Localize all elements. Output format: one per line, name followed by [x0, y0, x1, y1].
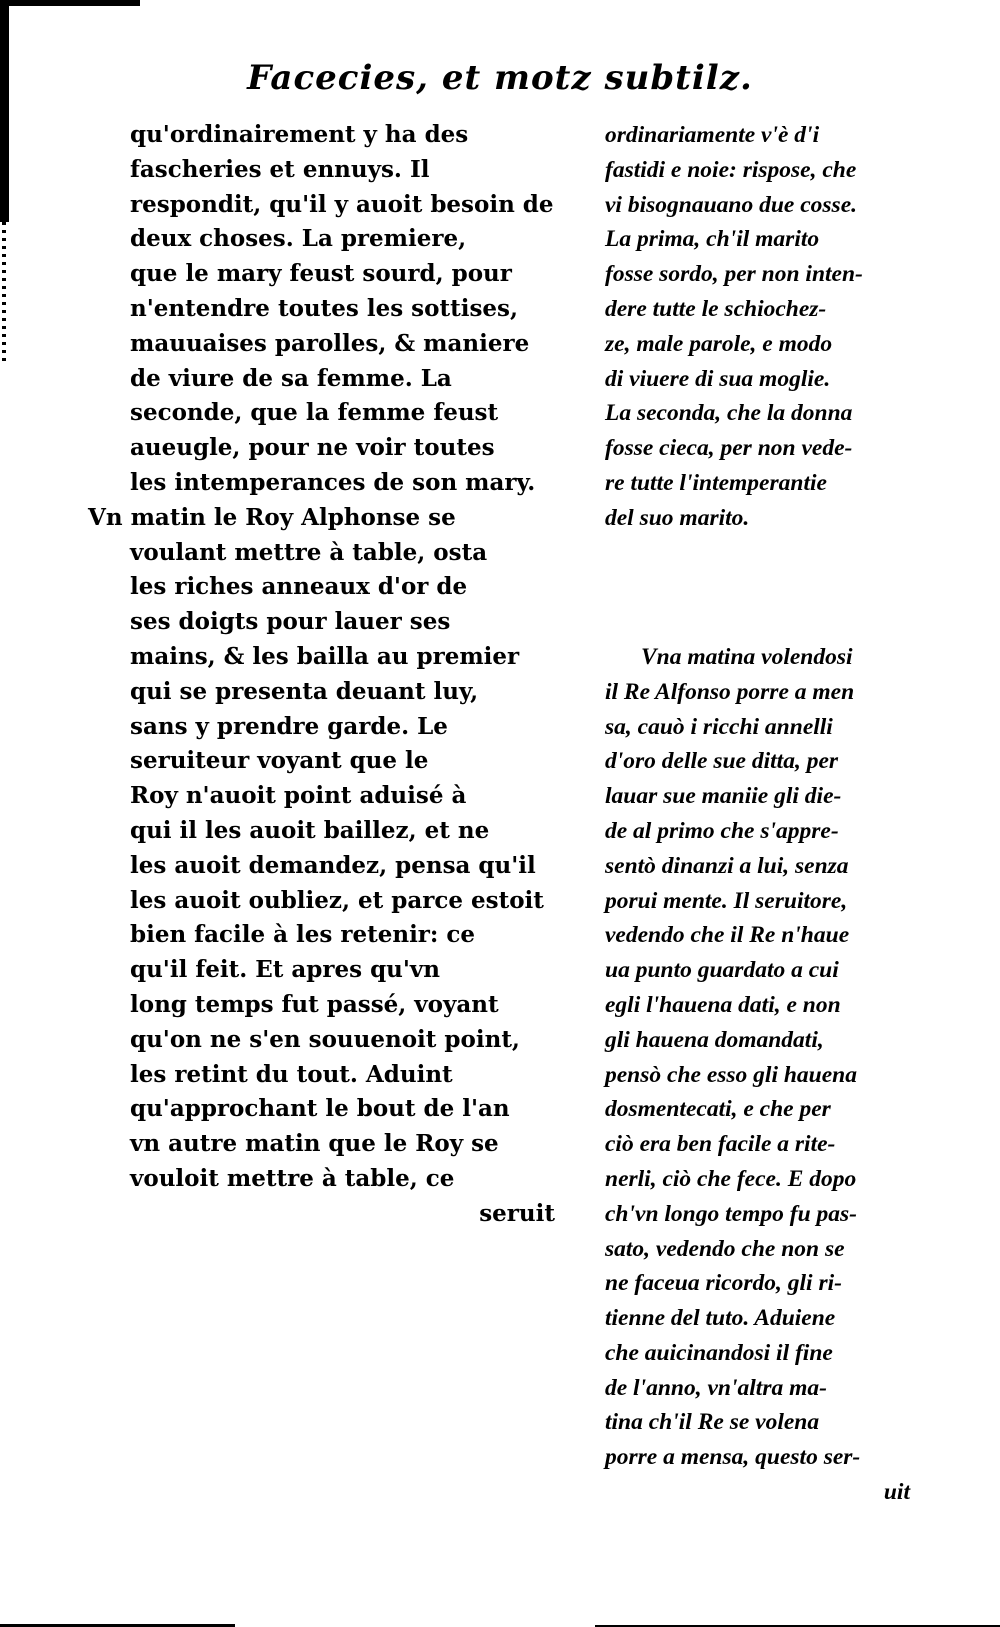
text-line: lauar sue maniie gli die- — [605, 779, 910, 814]
running-head: Facecies, et motz subtilz. — [0, 58, 1000, 98]
text-line: vn autre matin que le Roy se — [130, 1127, 575, 1162]
text-line: vedendo che il Re n'haue — [605, 918, 910, 953]
text-line: n'entendre toutes les sottises, — [130, 292, 575, 327]
text-line: del suo marito. — [605, 501, 910, 536]
text-line: tienne del tuto. Aduiene — [605, 1301, 910, 1336]
paragraph-gap — [605, 570, 910, 605]
text-line: les intemperances de son mary. — [130, 466, 575, 501]
text-line: re tutte l'intemperantie — [605, 466, 910, 501]
text-line: egli l'hauena dati, e non — [605, 988, 910, 1023]
text-line: de l'anno, vn'altra ma- — [605, 1371, 910, 1406]
text-line: de viure de sa femme. La — [130, 362, 575, 397]
text-line: ze, male parole, e modo — [605, 327, 910, 362]
text-line: deux choses. La premiere, — [130, 222, 575, 257]
text-line: les riches anneaux d'or de — [130, 570, 575, 605]
text-line: seruiteur voyant que le — [130, 744, 575, 779]
text-line: que le mary feust sourd, pour — [130, 257, 575, 292]
catchword: seruit — [130, 1197, 575, 1232]
text-line: fosse cieca, per non vede- — [605, 431, 910, 466]
text-line: long temps fut passé, voyant — [130, 988, 575, 1023]
text-line: qui se presenta deuant luy, — [130, 675, 575, 710]
text-line: qu'ordinairement y ha des — [130, 118, 575, 153]
text-line: dere tutte le schiochez- — [605, 292, 910, 327]
text-line: mains, & les bailla au premier — [130, 640, 575, 675]
text-line: sentò dinanzi a lui, senza — [605, 849, 910, 884]
paragraph-gap — [605, 536, 910, 571]
text-line: tina ch'il Re se volena — [605, 1405, 910, 1440]
text-line: d'oro delle sue ditta, per — [605, 744, 910, 779]
text-line: di viuere di sua moglie. — [605, 362, 910, 397]
text-line: fosse sordo, per non inten- — [605, 257, 910, 292]
text-line: sato, vedendo che non se — [605, 1232, 910, 1267]
catchword: uit — [605, 1475, 910, 1510]
page-edge-shadow-left — [0, 0, 9, 222]
text-line: qu'on ne s'en souuenoit point, — [130, 1023, 575, 1058]
text-line: mauuaises parolles, & maniere — [130, 327, 575, 362]
text-line: vi bisognauano due cosse. — [605, 188, 910, 223]
text-line: ses doigts pour lauer ses — [130, 605, 575, 640]
text-line: ne faceua ricordo, gli ri- — [605, 1266, 910, 1301]
text-line: de al primo che s'appre- — [605, 814, 910, 849]
paragraph-start-line: Vna matina volendosi — [605, 640, 910, 675]
text-line: fastidi e noie: rispose, che — [605, 153, 910, 188]
text-line: pensò che esso gli hauena — [605, 1058, 910, 1093]
text-line: fascheries et ennuys. Il — [130, 153, 575, 188]
paragraph-start-line: Vn matin le Roy Alphonse se — [88, 501, 575, 536]
text-line: aueugle, pour ne voir toutes — [130, 431, 575, 466]
text-line: les retint du tout. Aduint — [130, 1058, 575, 1093]
text-line: qui il les auoit baillez, et ne — [130, 814, 575, 849]
text-line: ua punto guardato a cui — [605, 953, 910, 988]
paragraph-gap — [605, 605, 910, 640]
text-line: porre a mensa, questo ser- — [605, 1440, 910, 1475]
text-line: sa, cauò i ricchi annelli — [605, 710, 910, 745]
text-line: gli hauena domandati, — [605, 1023, 910, 1058]
text-line: che auicinandosi il fine — [605, 1336, 910, 1371]
text-line: les auoit demandez, pensa qu'il — [130, 849, 575, 884]
text-line: seconde, que la femme feust — [130, 396, 575, 431]
page-edge-speckle — [2, 222, 6, 362]
text-line: nerli, ciò che fece. E dopo — [605, 1162, 910, 1197]
page-edge-shadow-top — [0, 0, 140, 6]
text-line: ch'vn longo tempo fu pas- — [605, 1197, 910, 1232]
text-line: Roy n'auoit point aduisé à — [130, 779, 575, 814]
text-line: bien facile à les retenir: ce — [130, 918, 575, 953]
text-line: dosmentecati, e che per — [605, 1092, 910, 1127]
text-line: voulant mettre à table, osta — [130, 536, 575, 571]
italian-column: ordinariamente v'è d'i fastidi e noie: r… — [605, 118, 910, 1510]
text-line: La seconda, che la donna — [605, 396, 910, 431]
text-line: respondit, qu'il y auoit besoin de — [130, 188, 575, 223]
french-column: qu'ordinairement y ha des fascheries et … — [130, 118, 575, 1232]
text-line: qu'il feit. Et apres qu'vn — [130, 953, 575, 988]
text-line: ciò era ben facile a rite- — [605, 1127, 910, 1162]
text-line: il Re Alfonso porre a men — [605, 675, 910, 710]
text-line: sans y prendre garde. Le — [130, 710, 575, 745]
text-line: les auoit oubliez, et parce estoit — [130, 884, 575, 919]
text-line: ordinariamente v'è d'i — [605, 118, 910, 153]
text-line: qu'approchant le bout de l'an — [130, 1092, 575, 1127]
text-line: vouloit mettre à table, ce — [130, 1162, 575, 1197]
text-line: La prima, ch'il marito — [605, 222, 910, 257]
text-line: porui mente. Il seruitore, — [605, 884, 910, 919]
